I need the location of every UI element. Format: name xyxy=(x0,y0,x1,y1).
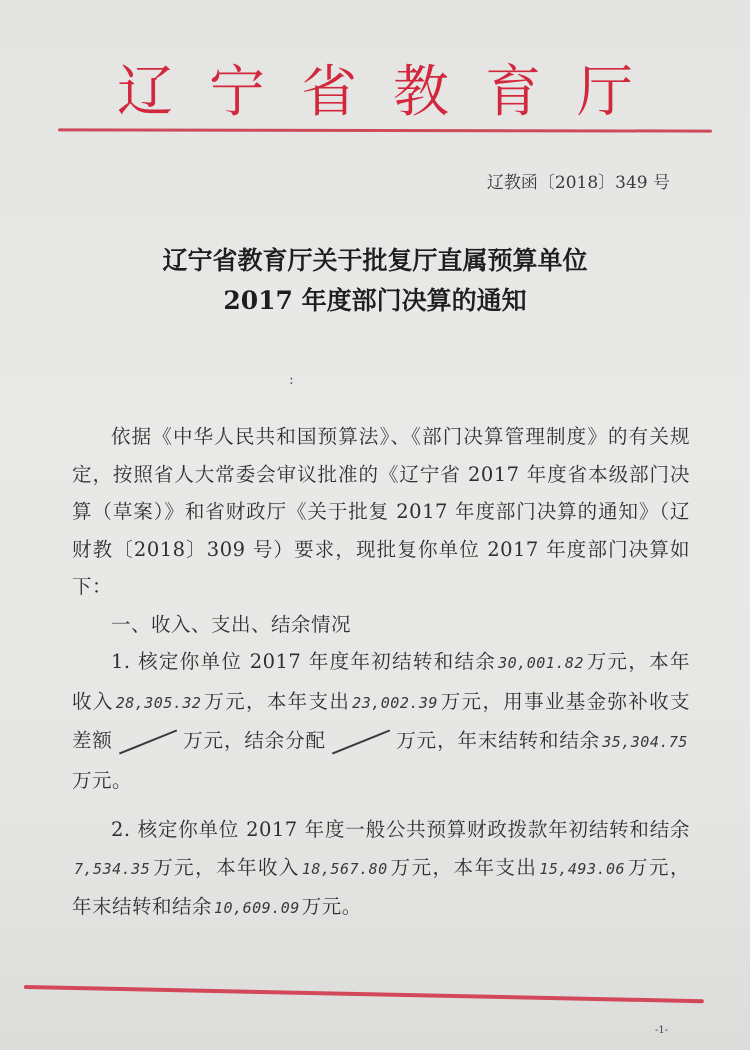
handwritten-slash-mark xyxy=(113,730,183,754)
document-title: 辽宁省教育厅关于批复厅直属预算单位 2017 年度部门决算的通知 xyxy=(0,241,750,321)
item-1-text-f: 万元，年末结转和结余 xyxy=(396,729,600,752)
title-line-2: 2017 年度部门决算的通知 xyxy=(0,281,750,321)
handwritten-expense: 23,002.39 xyxy=(350,694,440,712)
handwritten-fiscal-expense: 15,493.06 xyxy=(537,860,627,878)
section-heading-1: 一、收入、支出、结余情况 xyxy=(72,606,690,644)
handwritten-opening-balance: 30,001.82 xyxy=(496,654,586,672)
item-1-text-c: 万元，本年支出 xyxy=(203,690,350,713)
item-2-paragraph: 2. 核定你单位 2017 年度一般公共预算财政拨款年初结转和结余7,534.3… xyxy=(72,811,690,928)
item-2-text-e: 万元。 xyxy=(302,895,362,918)
item-1-paragraph: 1. 核定你单位 2017 年度年初结转和结余30,001.82万元，本年收入2… xyxy=(72,643,690,799)
document-body: 依据《中华人民共和国预算法》、《部门决算管理制度》的有关规定，按照省人大常委会审… xyxy=(72,418,690,928)
recipient-line: : xyxy=(289,372,294,388)
footer-red-rule xyxy=(24,985,704,1003)
item-2-text-b: 万元，本年收入 xyxy=(152,856,300,879)
document-number: 辽教函〔2018〕349 号 xyxy=(487,168,670,193)
handwritten-closing-balance: 35,304.75 xyxy=(600,733,690,751)
item-1-text-e: 万元，结余分配 xyxy=(183,729,326,752)
page-number: -1- xyxy=(655,1025,668,1036)
item-1-text-a: 1. 核定你单位 2017 年度年初结转和结余 xyxy=(111,650,496,673)
handwritten-fiscal-closing: 10,609.09 xyxy=(212,899,302,917)
item-2-text-a: 2. 核定你单位 2017 年度一般公共预算财政拨款年初结转和结余 xyxy=(111,818,690,841)
handwritten-fiscal-opening: 7,534.35 xyxy=(72,860,152,878)
handwritten-income: 28,305.32 xyxy=(114,694,204,712)
masthead-title: 辽宁省教育厅 xyxy=(0,48,750,128)
document-page: 辽宁省教育厅 辽教函〔2018〕349 号 辽宁省教育厅关于批复厅直属预算单位 … xyxy=(0,0,750,1050)
title-line-1: 辽宁省教育厅关于批复厅直属预算单位 xyxy=(0,241,750,281)
handwritten-fiscal-income: 18,567.80 xyxy=(300,860,390,878)
item-1-text-g: 万元。 xyxy=(72,769,132,792)
item-2-text-c: 万元，本年支出 xyxy=(390,856,538,879)
handwritten-slash-mark xyxy=(326,730,396,754)
masthead-red-rule xyxy=(58,128,712,132)
intro-paragraph: 依据《中华人民共和国预算法》、《部门决算管理制度》的有关规定，按照省人大常委会审… xyxy=(72,418,690,606)
